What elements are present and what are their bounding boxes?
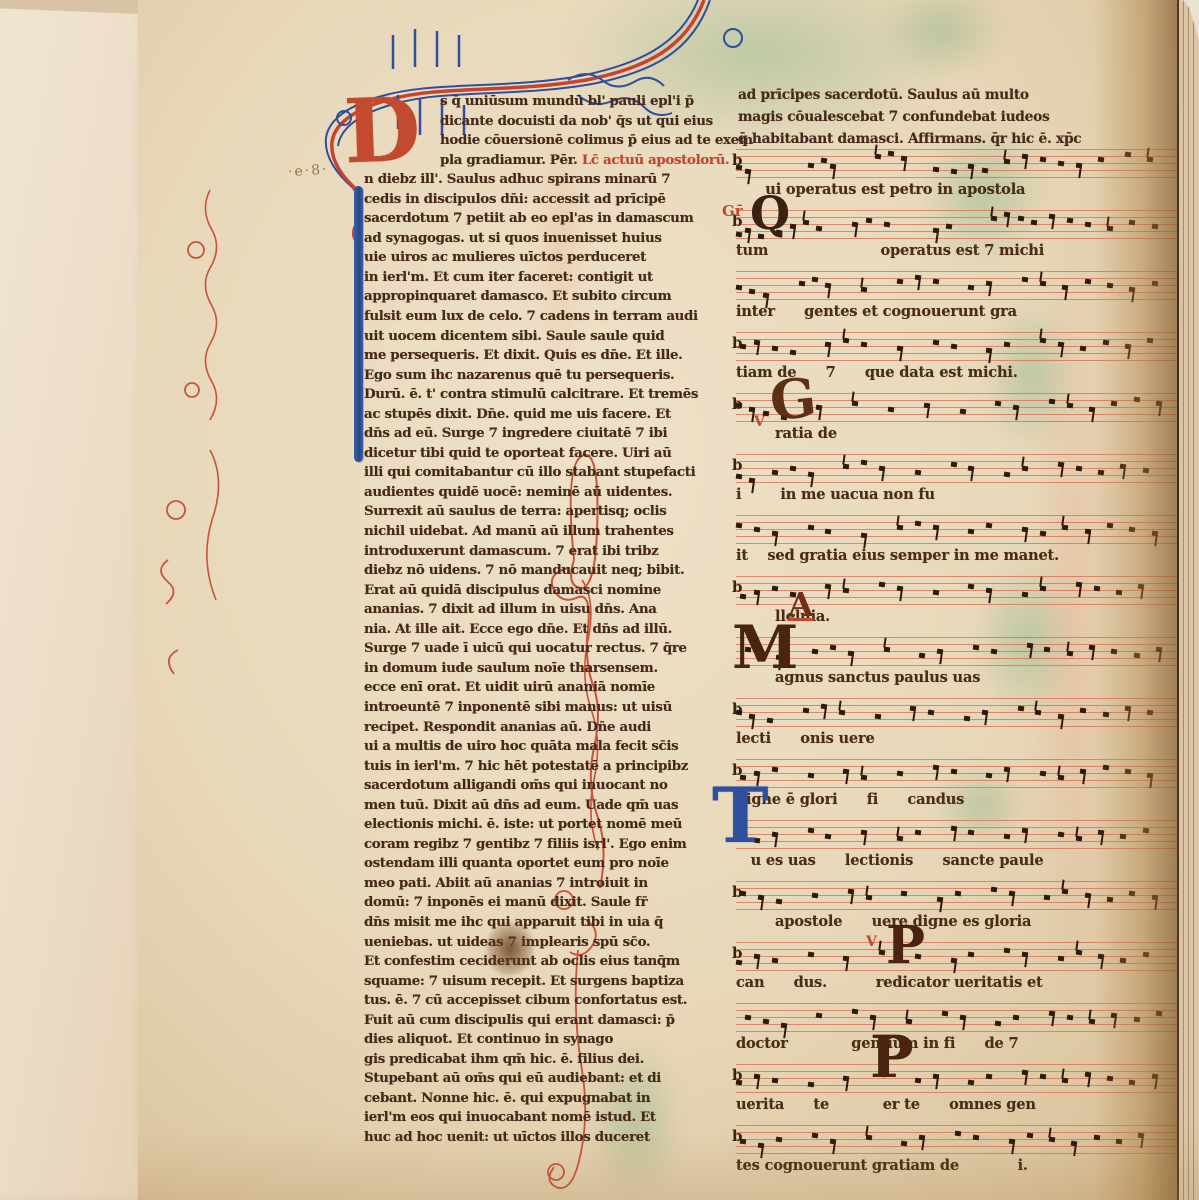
text-line: men tuū. Dixit aū dn̄s ad eum. Uade qm̄ … (364, 796, 716, 816)
text-line: dies aliquot. Et continuo in synago (364, 1030, 716, 1050)
neume-note (914, 521, 921, 527)
neume-note (758, 895, 765, 901)
neume-note (825, 342, 832, 348)
neume-note (1004, 159, 1011, 165)
neume-note (914, 275, 921, 281)
neume-note (986, 1074, 993, 1080)
neume-note (874, 154, 881, 160)
neume-note (807, 525, 814, 531)
neume-note (807, 1082, 814, 1088)
neume-note (1040, 531, 1047, 537)
neume-note (982, 710, 989, 716)
text-line: ui a multis de uiro hoc quāta mala fecit… (364, 737, 716, 757)
neume-note (771, 586, 778, 592)
neume-note (950, 769, 957, 775)
neume-note (1084, 893, 1091, 899)
neume-note (861, 342, 868, 348)
neume-note (937, 897, 944, 903)
neume-note (968, 164, 975, 170)
neume-note (1075, 582, 1082, 588)
neume-note (1075, 836, 1082, 842)
neume-note (973, 645, 980, 651)
text-line: pla gradiamur. Pēr. Lc̄ actuū apostolorū… (364, 151, 716, 171)
text-line: sacerdotum alligandi om̄s qui inuocant n… (364, 776, 716, 796)
neume-note (1004, 342, 1011, 348)
neume-note (861, 460, 868, 466)
facing-page-edge (0, 0, 150, 1200)
text-line: ananias. 7 dixit ad illum in uisu dn̄s. … (364, 600, 716, 620)
neume-note (1026, 643, 1033, 649)
neume-note (982, 168, 989, 174)
neume-note (1058, 775, 1065, 781)
neume-note (879, 950, 886, 956)
neume-note (825, 529, 832, 535)
neume-note (1040, 281, 1047, 287)
neume-note (932, 765, 939, 771)
text-line: Et confestim ceciderunt ab oclis eius ta… (364, 952, 716, 972)
neume-note (919, 653, 926, 659)
neume-note (821, 158, 828, 164)
text-line: s q̄ uniūsum mundū bl' pauli epl'i p̄ (364, 92, 716, 112)
neume-note (865, 218, 872, 224)
neume-note (1004, 472, 1011, 478)
neume-note (995, 401, 1002, 407)
text-line: in domum iude saulum noīe tharsensem. (364, 659, 716, 679)
neume-note (874, 714, 881, 720)
neume-note (852, 401, 859, 407)
neume-note (1062, 889, 1069, 895)
neume-note (986, 773, 993, 779)
neume-note (968, 529, 975, 535)
left-text-column: s q̄ uniūsum mundū bl' pauli epl'i p̄dic… (364, 92, 716, 1148)
text-line: ad synagogas. ut si quos inuenisset huiu… (364, 229, 716, 249)
neume-note (767, 718, 774, 724)
text-line-black: pla gradiamur. Pēr. (440, 152, 582, 168)
neume-note (914, 830, 921, 836)
text-line: coram regibz 7 gentibz 7 filiis isrl'. E… (364, 835, 716, 855)
page-edge-line (1188, 0, 1189, 1200)
neume-note (1008, 891, 1015, 897)
neume-note (852, 1009, 859, 1015)
neume-note (1044, 647, 1051, 653)
neume-note (1013, 405, 1020, 411)
neume-note (1040, 157, 1047, 163)
text-line: cebant. Nonne hic. ē. qui expugnabat in (364, 1089, 716, 1109)
text-line: dicante docuisti da nob' q̄s ut qui eius (364, 112, 716, 132)
neume-note (1044, 895, 1051, 901)
neume-note (1031, 220, 1038, 226)
text-line: tuis in ierl'm. 7 hic hēt potestatē a pr… (364, 757, 716, 777)
neume-note (807, 828, 814, 834)
neume-note (762, 293, 769, 299)
neume-note (736, 960, 743, 966)
neume-note (1075, 163, 1082, 169)
neume-note (901, 891, 908, 897)
book-page-edges (1179, 0, 1199, 1200)
neume-note (986, 523, 993, 529)
text-line: Fuit aū cum discipulis qui erant damasci… (364, 1011, 716, 1031)
neume-note (843, 588, 850, 594)
initial-letter-i-bar (354, 186, 363, 462)
text-line: ecce enī orat. Et uidit uirū ananiā nomī… (364, 678, 716, 698)
neume-note (1017, 706, 1024, 712)
neume-note (771, 470, 778, 476)
text-line: uie uiros ac mulieres uīctos perduceret (364, 248, 716, 268)
neume-note (843, 338, 850, 344)
text-line: diebz nō uidens. 7 nō manducauit neq; bi… (364, 561, 716, 581)
text-line: me persequeris. Et dixit. Quis es dn̄e. … (364, 346, 716, 366)
neume-note (838, 710, 845, 716)
text-line: audientes quidē uocē: neminē aū uidentes… (364, 483, 716, 503)
neume-note (816, 1013, 823, 1019)
neume-note (968, 1080, 975, 1086)
neume-note (736, 285, 743, 291)
text-line: n diebz ill'. Saulus adhuc spirans minar… (364, 170, 716, 190)
neume-note (1040, 338, 1047, 344)
neume-note (1058, 832, 1065, 838)
neume-note (941, 1011, 948, 1017)
neume-note (1049, 214, 1056, 220)
neume-note (803, 708, 810, 714)
neume-note (749, 407, 756, 413)
text-line: dn̄s ad eū. Surge 7 ingredere ciuitatē 7… (364, 424, 716, 444)
red-versicle-mark: V (866, 934, 877, 950)
neume-note (1080, 346, 1087, 352)
neume-note (812, 893, 819, 899)
text-line: fulsit eum lux de celo. 7 cadens in terr… (364, 307, 716, 327)
neume-note (825, 834, 832, 840)
neume-note (1017, 216, 1024, 222)
neume-note (843, 464, 850, 470)
neume-note (883, 647, 890, 653)
neume-note (932, 167, 939, 173)
neume-note (740, 891, 747, 897)
neume-note (914, 1078, 921, 1084)
neume-note (847, 651, 854, 657)
neume-note (897, 771, 904, 777)
neume-note (812, 277, 819, 283)
neume-note (780, 1023, 787, 1029)
text-line: sacerdotum 7 petiit ab eo epl'as in dama… (364, 209, 716, 229)
neume-note (789, 466, 796, 472)
neume-note (749, 289, 756, 295)
text-line: introduxerunt damascum. 7 erat ibi tribz (364, 542, 716, 562)
text-line: nia. At ille ait. Ecce ego dn̄e. Et dn̄s… (364, 620, 716, 640)
neume-note (847, 889, 854, 895)
neume-note (771, 767, 778, 773)
neume-note (964, 716, 971, 722)
neume-note (986, 281, 993, 287)
text-line: uit uocem dicentem sibi. Saule saule qui… (364, 327, 716, 347)
neume-note (968, 584, 975, 590)
text-line: recipet. Respondit ananias aū. Dn̄e audi (364, 718, 716, 738)
neume-note (1066, 1015, 1073, 1021)
neume-note (986, 588, 993, 594)
neume-note (843, 1076, 850, 1082)
text-line: hodie cōuersionē colimus p̄ eius ad te e… (364, 131, 716, 151)
neume-note (861, 830, 868, 836)
neume-note (736, 1080, 743, 1086)
text-line: ac stupēs dixit. Dn̄e. quid me uis facer… (364, 405, 716, 425)
red-versicle-mark: V (754, 414, 765, 430)
initial-letter-m: M (732, 618, 798, 678)
neume-note (901, 156, 908, 162)
neume-note (754, 954, 761, 960)
text-line: Surrexit aū saulus de terra: apertisq; o… (364, 502, 716, 522)
left-margin-filigree (148, 180, 238, 880)
neume-note (990, 649, 997, 655)
neume-note (910, 706, 917, 712)
neume-note (843, 956, 850, 962)
text-line: Stupebant aū om̄s qui eū audiebant: et d… (364, 1069, 716, 1089)
neume-note (1013, 1015, 1020, 1021)
neume-note (771, 346, 778, 352)
text-line: Ego sum ihc nazarenus quē tu persequeris… (364, 366, 716, 386)
neume-note (932, 525, 939, 531)
neume-note (754, 590, 761, 596)
neume-note (937, 649, 944, 655)
neume-note (897, 586, 904, 592)
neume-note (1022, 527, 1029, 533)
neume-note (928, 710, 935, 716)
neume-note (825, 283, 832, 289)
neume-note (932, 590, 939, 596)
neume-note (1084, 279, 1091, 285)
neume-note (1022, 952, 1029, 958)
neume-note (771, 958, 778, 964)
neume-note (1040, 1074, 1047, 1080)
manuscript-page: D ·e·8· s q̄ uniūsum mundū bl' pauli epl… (138, 0, 1199, 1200)
neume-note (950, 958, 957, 964)
neume-note (1062, 525, 1069, 531)
neume-note (968, 952, 975, 958)
text-line: electionis michi. ē. iste: ut portet nom… (364, 815, 716, 835)
neume-note (736, 523, 743, 529)
neume-note (1049, 1011, 1056, 1017)
neume-note (754, 1074, 761, 1080)
page-edge-line (1193, 0, 1194, 1200)
neume-note (771, 832, 778, 838)
neume-note (1084, 1072, 1091, 1078)
neume-note (1022, 466, 1029, 472)
neume-note (959, 1015, 966, 1021)
neume-note (1022, 154, 1029, 160)
neume-note (740, 594, 747, 600)
neume-note (1022, 828, 1029, 834)
text-line: Durū. ē. t' contra stimulū calcitrare. E… (364, 385, 716, 405)
neume-note (1075, 466, 1082, 472)
text-line: domū: 7 inponēs ei manū dixit. Saule fr̄ (364, 893, 716, 913)
text-line: nichil uidebat. Ad manū aū illum trahent… (364, 522, 716, 542)
neume-note (897, 836, 904, 842)
text-line: gis predicabat ihm qm̄ hic. ē. filius de… (364, 1050, 716, 1070)
neume-note (1066, 651, 1073, 657)
neume-note (1058, 342, 1065, 348)
neume-note (1066, 403, 1073, 409)
neume-note (968, 285, 975, 291)
neume-note (812, 649, 819, 655)
neume-note (932, 1074, 939, 1080)
neume-note (745, 1015, 752, 1021)
neume-note (1049, 399, 1056, 405)
neume-note (1084, 222, 1091, 228)
neume-note (1022, 1070, 1029, 1076)
neume-note (1058, 462, 1065, 468)
neume-note (865, 895, 872, 901)
initial-letter-p-per-te: P (870, 1028, 914, 1086)
neume-note (1080, 769, 1087, 775)
initial-letter-g: G (767, 370, 819, 429)
margin-mark: ·e·8· (287, 162, 329, 181)
neume-note (990, 216, 997, 222)
text-line: ierl'm eos qui inuocabant nomē istud. Et (364, 1108, 716, 1128)
neume-note (1058, 161, 1065, 167)
neume-note (883, 222, 890, 228)
neume-note (1058, 714, 1065, 720)
neume-note (870, 1015, 877, 1021)
neume-note (986, 348, 993, 354)
neume-note (888, 407, 895, 413)
neume-note (879, 466, 886, 472)
text-line: ueniebas. ut uideas 7 implearis spū sc̄o… (364, 933, 716, 953)
text-line: appropinquaret damasco. Et subito circum (364, 287, 716, 307)
neume-note (754, 527, 761, 533)
text-line: Erat aū quidā discipulus damasci nomine (364, 581, 716, 601)
text-line: cedis in discipulos dn̄i: accessit ad pr… (364, 190, 716, 210)
page-edge-line (1183, 0, 1184, 1200)
text-line: dicetur tibi quid te oporteat facere. Ui… (364, 444, 716, 464)
neume-note (807, 472, 814, 478)
neume-note (968, 830, 975, 836)
neume-note (843, 769, 850, 775)
text-line: squame: 7 uisum recepit. Et surgens bapt… (364, 972, 716, 992)
neume-note (1058, 956, 1065, 962)
neume-note (1022, 592, 1029, 598)
neume-note (1080, 708, 1087, 714)
neume-note (968, 466, 975, 472)
neume-note (807, 773, 814, 779)
neume-note (807, 163, 814, 169)
text-line: introeuntē 7 inponentē sibi manus: ut ui… (364, 698, 716, 718)
text-line: dn̄s misit me ihc qui apparuit tibi in u… (364, 913, 716, 933)
neume-note (879, 582, 886, 588)
neume-note (914, 470, 921, 476)
neume-note (736, 710, 743, 716)
neume-note (950, 462, 957, 468)
neume-note (897, 279, 904, 285)
neume-note (897, 525, 904, 531)
neume-note (803, 220, 810, 226)
neume-note (861, 775, 868, 781)
neume-note (1040, 586, 1047, 592)
neume-note (1075, 950, 1082, 956)
neume-note (1004, 767, 1011, 773)
neume-note (776, 899, 783, 905)
show-through-stain (878, 0, 1008, 80)
neume-note (950, 344, 957, 350)
neume-note (789, 350, 796, 356)
neume-note (932, 279, 939, 285)
neume-note (1084, 529, 1091, 535)
neume-note (771, 1078, 778, 1084)
neume-note (1040, 771, 1047, 777)
neume-note (771, 531, 778, 537)
text-line: Surge 7 uade ī uicū qui uocatur rectus. … (364, 639, 716, 659)
neume-note (990, 887, 997, 893)
neume-note (830, 645, 837, 651)
neume-note (959, 409, 966, 415)
neume-note (807, 952, 814, 958)
initial-letter-p-predicator: P (886, 920, 925, 972)
neume-note (1004, 212, 1011, 218)
neume-note (1004, 948, 1011, 954)
neume-note (749, 714, 756, 720)
neume-note (789, 224, 796, 230)
neume-note (821, 704, 828, 710)
neume-note (923, 403, 930, 409)
neume-note (745, 169, 752, 175)
neume-note (955, 891, 962, 897)
initial-letter-t: T (712, 778, 769, 854)
neume-note (816, 226, 823, 232)
neume-note (798, 281, 805, 287)
neume-note (740, 344, 747, 350)
manuscript-photo: D ·e·8· s q̄ uniūsum mundū bl' pauli epl… (0, 0, 1199, 1200)
text-line: illi qui comitabantur cū illo stabant st… (364, 463, 716, 483)
neume-note (825, 584, 832, 590)
neume-note (897, 346, 904, 352)
neume-note (736, 474, 743, 480)
neume-note (830, 164, 837, 170)
neume-note (1066, 218, 1073, 224)
text-line: ostendam illi quanta oportet eum pro noī… (364, 854, 716, 874)
neume-note (749, 478, 756, 484)
bottom-shadow (138, 1130, 1199, 1200)
neume-note (861, 533, 868, 539)
red-section-mark: Gr̄ (722, 202, 743, 220)
rubric-text: Lc̄ actuū apostolorū. (582, 152, 729, 168)
neume-note (950, 826, 957, 832)
neume-note (995, 1021, 1002, 1027)
neume-note (1022, 277, 1029, 283)
clef-mark: b (732, 456, 743, 474)
neume-note (946, 224, 953, 230)
neume-note (762, 1019, 769, 1025)
neume-note (1062, 1078, 1069, 1084)
text-line: meo pati. Abiit aū ananias 7 introiuit i… (364, 874, 716, 894)
neume-note (932, 228, 939, 234)
text-line: tus. ē. 7 cū accepisset cibum confortatu… (364, 991, 716, 1011)
gutter-shadow (1093, 0, 1181, 1200)
neume-note (754, 340, 761, 346)
neume-note (950, 169, 957, 175)
neume-note (736, 232, 743, 238)
neume-note (1004, 834, 1011, 840)
neume-note (932, 340, 939, 346)
neume-note (861, 287, 868, 293)
neume-note (852, 222, 859, 228)
initial-letter-q: Q (750, 190, 790, 236)
neume-note (736, 165, 743, 171)
neume-note (1035, 710, 1042, 716)
text-line: in ierl'm. Et cum iter faceret: contigit… (364, 268, 716, 288)
neume-note (1062, 285, 1069, 291)
neume-note (736, 403, 743, 409)
neume-note (888, 151, 895, 157)
